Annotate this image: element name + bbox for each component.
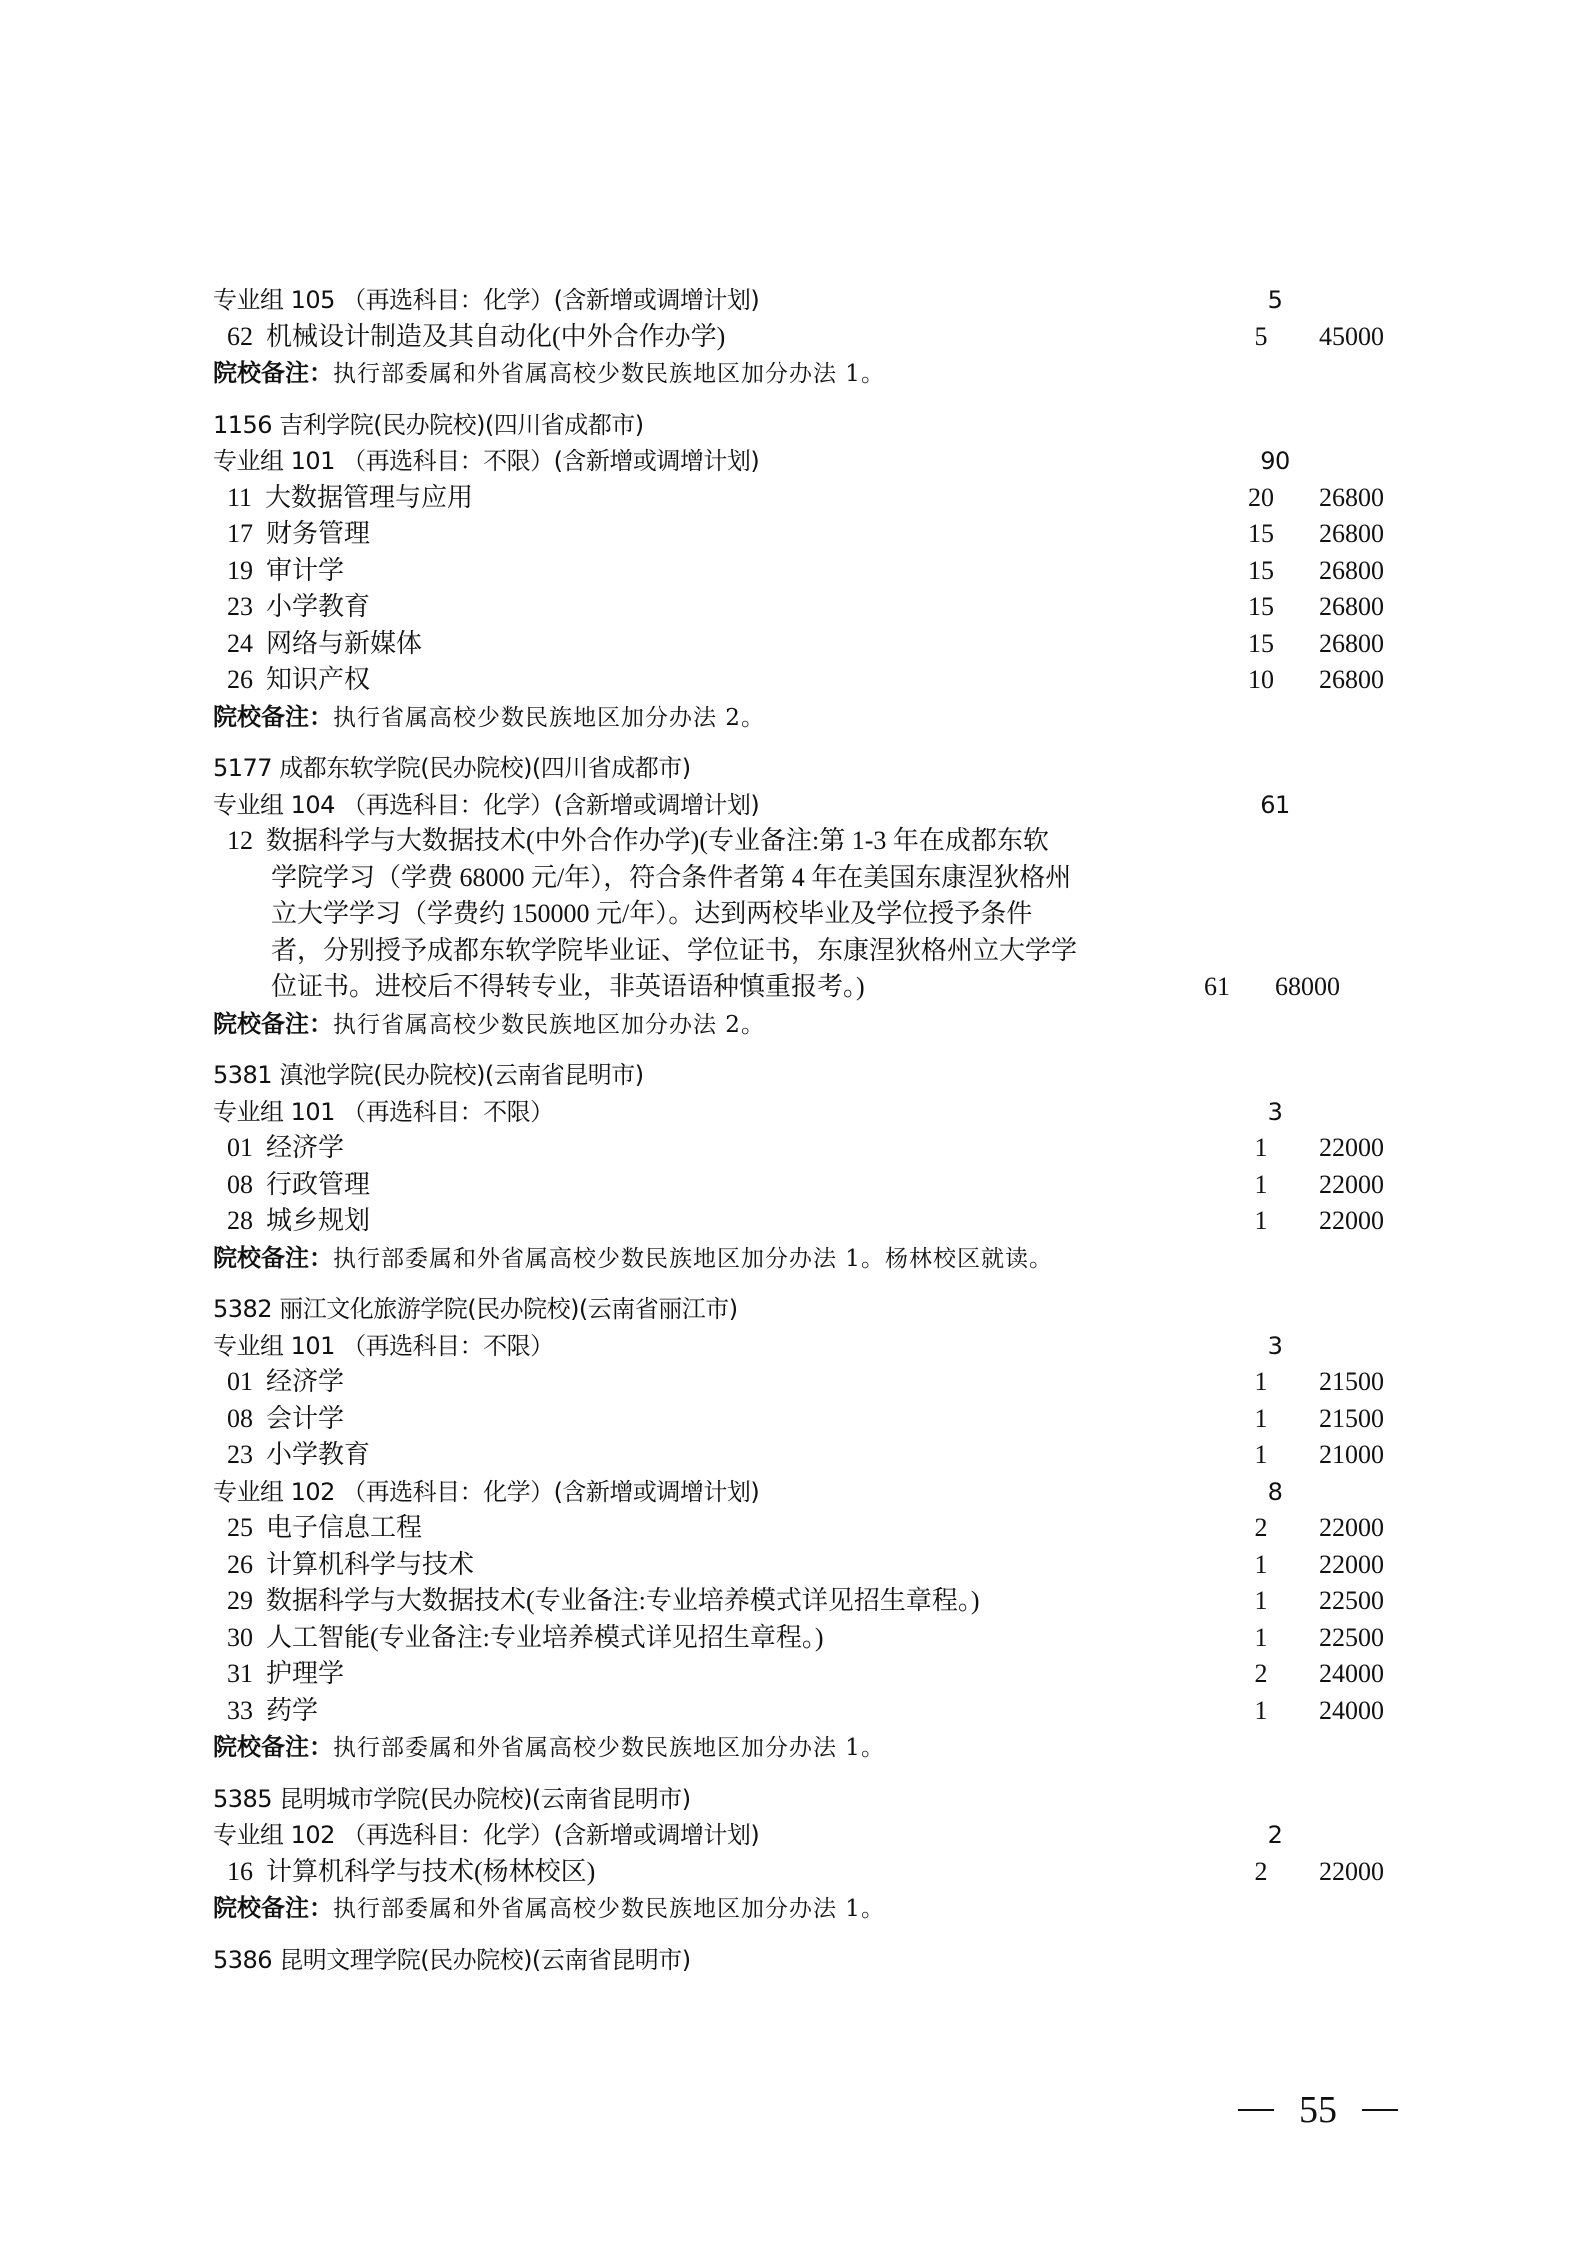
institution-section: 5385 昆明城市学院(民办院校)(云南省昆明市)专业组 102 （再选科目：化… (213, 1781, 1413, 1927)
group-plan-count: 90 (1255, 443, 1295, 480)
institution-note: 院校备注：执行省属高校少数民族地区加分办法 2。 (213, 1006, 1413, 1043)
institution-section: 5177 成都东软学院(民办院校)(四川省成都市)专业组 104 （再选科目：化… (213, 750, 1413, 1042)
major-name: 药学 (266, 1696, 318, 1725)
major-tuition: 21500 (1319, 1401, 1384, 1438)
major-name: 财务管理 (266, 519, 370, 548)
major-code: 12 (227, 826, 253, 855)
major-group-title: 专业组 104 （再选科目：化学）(含新增或调增计划) (213, 791, 759, 819)
major-group-row: 专业组 101 （再选科目：不限）(含新增或调增计划)90 (213, 443, 1413, 480)
institution-section: 5386 昆明文理学院(民办院校)(云南省昆明市) (213, 1942, 1413, 1979)
major-group-row: 专业组 101 （再选科目：不限）3 (213, 1094, 1413, 1131)
note-label: 院校备注： (213, 359, 333, 387)
major-row: 29 数据科学与大数据技术(专业备注:专业培养模式详见招生章程。)122500 (213, 1583, 1413, 1620)
major-group-row: 专业组 105 （再选科目：化学）(含新增或调增计划)5 (213, 282, 1413, 319)
major-name: 行政管理 (266, 1170, 370, 1199)
major-code: 16 (227, 1857, 253, 1886)
major-name-line: 数据科学与大数据技术(中外合作办学)(专业备注:第 1-3 年在成都东软 (266, 826, 1049, 855)
institution-note: 院校备注：执行部委属和外省属高校少数民族地区加分办法 1。 (213, 355, 1413, 392)
institution-header: 5381 滇池学院(民办院校)(云南省昆明市) (213, 1057, 1413, 1094)
major-row: 23 小学教育121000 (213, 1437, 1413, 1474)
major-row: 11 大数据管理与应用2026800 (213, 480, 1413, 517)
institution-note: 院校备注：执行部委属和外省属高校少数民族地区加分办法 1。 (213, 1890, 1413, 1927)
major-name-line: 者，分别授予成都东软学院毕业证、学位证书，东康涅狄格州立大学学 (271, 936, 1077, 965)
major-tuition: 22500 (1319, 1583, 1384, 1620)
major-row: 01 经济学121500 (213, 1364, 1413, 1401)
major-name: 知识产权 (266, 665, 370, 694)
major-name: 电子信息工程 (266, 1513, 422, 1542)
major-plan-count: 1 (1241, 1401, 1281, 1438)
major-row: 16 计算机科学与技术(杨林校区)222000 (213, 1854, 1413, 1891)
major-plan-count: 15 (1241, 553, 1281, 590)
major-code: 26 (227, 665, 253, 694)
major-tuition: 22000 (1319, 1167, 1384, 1204)
major-code: 01 (227, 1133, 253, 1162)
major-code: 19 (227, 556, 253, 585)
institution-header: 1156 吉利学院(民办院校)(四川省成都市) (213, 407, 1413, 444)
major-plan-count: 2 (1241, 1656, 1281, 1693)
footer-dash-right (1362, 2109, 1398, 2111)
major-row: 30 人工智能(专业备注:专业培养模式详见招生章程。)122500 (213, 1620, 1413, 1657)
major-group-row: 专业组 102 （再选科目：化学）(含新增或调增计划)8 (213, 1474, 1413, 1511)
institution-section: 专业组 105 （再选科目：化学）(含新增或调增计划)562 机械设计制造及其自… (213, 282, 1413, 392)
institution-note: 院校备注：执行省属高校少数民族地区加分办法 2。 (213, 699, 1413, 736)
major-plan-count: 61 (1197, 969, 1237, 1006)
major-row: 19 审计学1526800 (213, 553, 1413, 590)
major-row: 08 行政管理122000 (213, 1167, 1413, 1204)
major-code: 26 (227, 1550, 253, 1579)
major-name: 经济学 (266, 1133, 344, 1162)
major-plan-count: 2 (1241, 1854, 1281, 1891)
major-row: 62 机械设计制造及其自动化(中外合作办学)545000 (213, 319, 1413, 356)
major-code: 30 (227, 1623, 253, 1652)
note-label: 院校备注： (213, 1894, 333, 1922)
major-name: 小学教育 (266, 592, 370, 621)
major-group-row: 专业组 104 （再选科目：化学）(含新增或调增计划)61 (213, 787, 1413, 824)
major-name: 计算机科学与技术(杨林校区) (266, 1857, 595, 1886)
footer-dash-left (1238, 2109, 1274, 2111)
major-tuition: 45000 (1319, 319, 1384, 356)
major-name: 城乡规划 (266, 1206, 370, 1235)
note-text: 执行省属高校少数民族地区加分办法 2。 (333, 705, 765, 731)
major-group-row: 专业组 102 （再选科目：化学）(含新增或调增计划)2 (213, 1817, 1413, 1854)
major-plan-count: 1 (1241, 1437, 1281, 1474)
major-tuition: 24000 (1319, 1693, 1384, 1730)
major-plan-count: 1 (1241, 1364, 1281, 1401)
major-plan-count: 1 (1241, 1583, 1281, 1620)
institution-section: 5381 滇池学院(民办院校)(云南省昆明市)专业组 101 （再选科目：不限）… (213, 1057, 1413, 1276)
major-plan-count: 15 (1241, 589, 1281, 626)
major-code: 25 (227, 1513, 253, 1542)
note-text: 执行部委属和外省属高校少数民族地区加分办法 1。 (333, 1735, 885, 1761)
major-row: 01 经济学122000 (213, 1130, 1413, 1167)
major-tuition: 26800 (1319, 589, 1384, 626)
major-plan-count: 5 (1241, 319, 1281, 356)
note-label: 院校备注： (213, 1733, 333, 1761)
group-plan-count: 8 (1255, 1474, 1295, 1511)
major-code: 24 (227, 629, 253, 658)
major-group-title: 专业组 101 （再选科目：不限）(含新增或调增计划) (213, 447, 759, 475)
major-name-line: 位证书。进校后不得转专业，非英语语种慎重报考。) (271, 972, 865, 1001)
major-plan-count: 2 (1241, 1510, 1281, 1547)
major-name: 大数据管理与应用 (265, 483, 473, 512)
institution-header: 5382 丽江文化旅游学院(民办院校)(云南省丽江市) (213, 1291, 1413, 1328)
major-plan-count: 1 (1241, 1203, 1281, 1240)
major-name-line: 学院学习（学费 68000 元/年），符合条件者第 4 年在美国东康涅狄格州 (271, 863, 1071, 892)
major-tuition: 22000 (1319, 1547, 1384, 1584)
major-row: 17 财务管理1526800 (213, 516, 1413, 553)
major-code: 23 (227, 1440, 253, 1469)
note-text: 执行部委属和外省属高校少数民族地区加分办法 1。 (333, 361, 885, 387)
major-group-title: 专业组 102 （再选科目：化学）(含新增或调增计划) (213, 1478, 759, 1506)
major-tuition: 68000 (1275, 969, 1340, 1006)
major-code: 08 (227, 1404, 253, 1433)
institution-note: 院校备注：执行部委属和外省属高校少数民族地区加分办法 1。 (213, 1729, 1413, 1766)
institution-section: 1156 吉利学院(民办院校)(四川省成都市)专业组 101 （再选科目：不限）… (213, 407, 1413, 736)
major-plan-count: 1 (1241, 1620, 1281, 1657)
institution-note: 院校备注：执行部委属和外省属高校少数民族地区加分办法 1。杨林校区就读。 (213, 1240, 1413, 1277)
major-row-line: 学院学习（学费 68000 元/年），符合条件者第 4 年在美国东康涅狄格州 (213, 860, 1413, 897)
major-tuition: 26800 (1319, 553, 1384, 590)
major-code: 23 (227, 592, 253, 621)
major-code: 08 (227, 1170, 253, 1199)
major-group-title: 专业组 101 （再选科目：不限） (213, 1098, 554, 1126)
major-row-line: 位证书。进校后不得转专业，非英语语种慎重报考。)6168000 (213, 969, 1413, 1006)
page-footer: 55 (1238, 2088, 1398, 2132)
major-code: 11 (227, 483, 252, 512)
group-plan-count: 2 (1255, 1817, 1295, 1854)
major-plan-count: 20 (1241, 480, 1281, 517)
major-plan-count: 1 (1241, 1130, 1281, 1167)
major-plan-count: 10 (1241, 662, 1281, 699)
major-plan-count: 15 (1241, 626, 1281, 663)
note-text: 执行部委属和外省属高校少数民族地区加分办法 1。 (333, 1896, 885, 1922)
major-name: 经济学 (266, 1367, 344, 1396)
major-plan-count: 1 (1241, 1693, 1281, 1730)
major-name: 人工智能(专业备注:专业培养模式详见招生章程。) (266, 1623, 824, 1652)
major-group-title: 专业组 105 （再选科目：化学）(含新增或调增计划) (213, 286, 759, 314)
institution-header: 5386 昆明文理学院(民办院校)(云南省昆明市) (213, 1942, 1413, 1979)
institution-header: 5385 昆明城市学院(民办院校)(云南省昆明市) (213, 1781, 1413, 1818)
major-tuition: 22500 (1319, 1620, 1384, 1657)
major-code: 31 (227, 1659, 253, 1688)
group-plan-count: 61 (1255, 787, 1295, 824)
major-row: 33 药学124000 (213, 1693, 1413, 1730)
major-tuition: 26800 (1319, 480, 1384, 517)
major-name: 审计学 (266, 556, 344, 585)
major-tuition: 22000 (1319, 1854, 1384, 1891)
major-tuition: 24000 (1319, 1656, 1384, 1693)
major-row: 26 计算机科学与技术122000 (213, 1547, 1413, 1584)
group-plan-count: 3 (1255, 1328, 1295, 1365)
major-code: 62 (227, 322, 253, 351)
major-tuition: 26800 (1319, 516, 1384, 553)
major-tuition: 22000 (1319, 1203, 1384, 1240)
group-plan-count: 5 (1255, 282, 1295, 319)
major-row: 24 网络与新媒体1526800 (213, 626, 1413, 663)
note-label: 院校备注： (213, 1244, 333, 1272)
major-row: 26 知识产权1026800 (213, 662, 1413, 699)
major-code: 17 (227, 519, 253, 548)
major-row: 25 电子信息工程222000 (213, 1510, 1413, 1547)
major-group-row: 专业组 101 （再选科目：不限）3 (213, 1328, 1413, 1365)
major-row: 23 小学教育1526800 (213, 589, 1413, 626)
major-tuition: 21000 (1319, 1437, 1384, 1474)
page-number: 55 (1299, 2088, 1337, 2132)
major-name: 小学教育 (266, 1440, 370, 1469)
major-tuition: 22000 (1319, 1130, 1384, 1167)
major-plan-count: 1 (1241, 1547, 1281, 1584)
major-group-title: 专业组 101 （再选科目：不限） (213, 1332, 554, 1360)
major-name: 会计学 (266, 1404, 344, 1433)
major-tuition: 26800 (1319, 662, 1384, 699)
group-plan-count: 3 (1255, 1094, 1295, 1131)
document-page: 专业组 105 （再选科目：化学）(含新增或调增计划)562 机械设计制造及其自… (213, 282, 1413, 1978)
note-label: 院校备注： (213, 1010, 333, 1038)
institution-section: 5382 丽江文化旅游学院(民办院校)(云南省丽江市)专业组 101 （再选科目… (213, 1291, 1413, 1766)
major-row: 28 城乡规划122000 (213, 1203, 1413, 1240)
major-name: 计算机科学与技术 (266, 1550, 474, 1579)
major-name: 护理学 (266, 1659, 344, 1688)
major-tuition: 26800 (1319, 626, 1384, 663)
major-name: 机械设计制造及其自动化(中外合作办学) (266, 322, 725, 351)
major-tuition: 22000 (1319, 1510, 1384, 1547)
major-code: 28 (227, 1206, 253, 1235)
major-code: 01 (227, 1367, 253, 1396)
note-text: 执行部委属和外省属高校少数民族地区加分办法 1。杨林校区就读。 (333, 1246, 1053, 1272)
major-name: 数据科学与大数据技术(专业备注:专业培养模式详见招生章程。) (266, 1586, 980, 1615)
major-row: 31 护理学224000 (213, 1656, 1413, 1693)
major-row-line: 立大学学习（学费约 150000 元/年）。达到两校毕业及学位授予条件 (213, 896, 1413, 933)
major-code: 29 (227, 1586, 253, 1615)
major-plan-count: 15 (1241, 516, 1281, 553)
note-label: 院校备注： (213, 703, 333, 731)
major-plan-count: 1 (1241, 1167, 1281, 1204)
major-name-line: 立大学学习（学费约 150000 元/年）。达到两校毕业及学位授予条件 (271, 899, 1032, 928)
major-name: 网络与新媒体 (266, 629, 422, 658)
major-row-line: 12 数据科学与大数据技术(中外合作办学)(专业备注:第 1-3 年在成都东软 (213, 823, 1413, 860)
major-tuition: 21500 (1319, 1364, 1384, 1401)
major-code: 33 (227, 1696, 253, 1725)
major-row: 08 会计学121500 (213, 1401, 1413, 1438)
note-text: 执行省属高校少数民族地区加分办法 2。 (333, 1012, 765, 1038)
major-group-title: 专业组 102 （再选科目：化学）(含新增或调增计划) (213, 1821, 759, 1849)
institution-header: 5177 成都东软学院(民办院校)(四川省成都市) (213, 750, 1413, 787)
major-row-line: 者，分别授予成都东软学院毕业证、学位证书，东康涅狄格州立大学学 (213, 933, 1413, 970)
